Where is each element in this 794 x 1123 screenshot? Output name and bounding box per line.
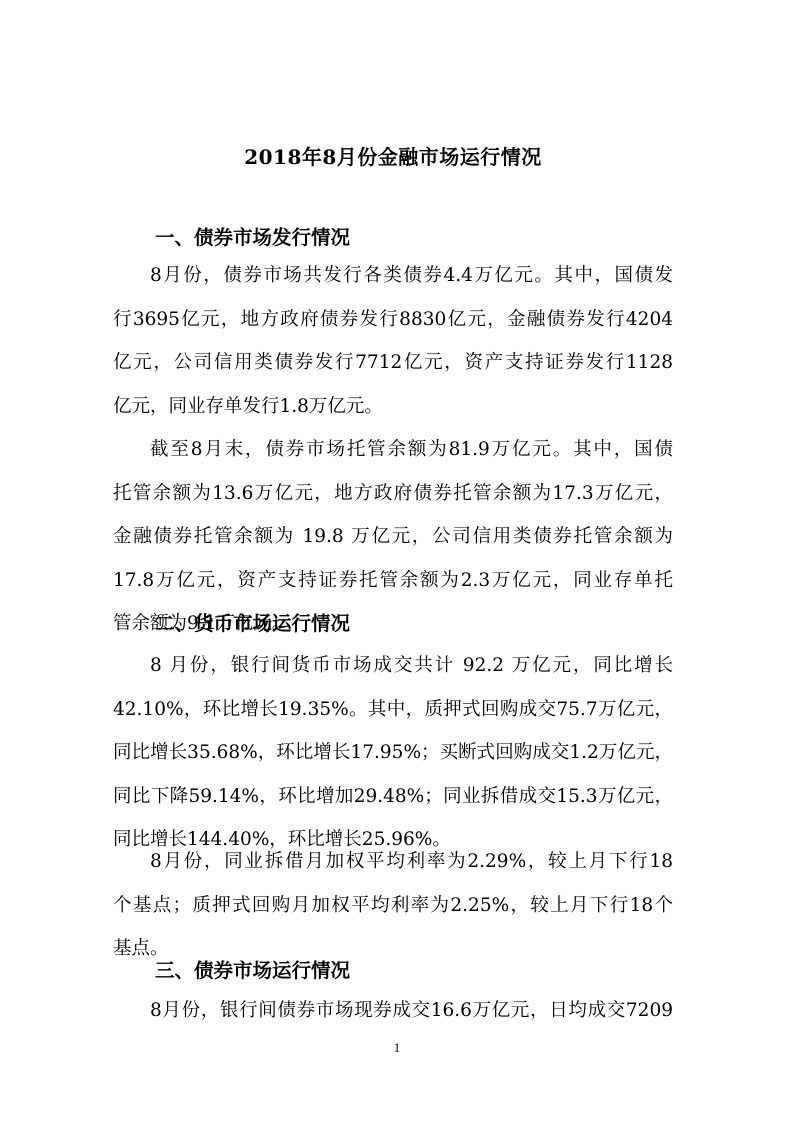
text-line: 亿元，同业存单发行1.8万亿元。 [113,385,673,429]
paragraph-bond-trading: 8月份，银行间债券市场现券成交16.6万亿元，日均成交7209 [113,989,673,1033]
text-line: 金融债券托管余额为 19.8 万亿元，公司信用类债券托管余额为 [113,515,673,559]
section-heading-bond-market-operations: 三、债券市场运行情况 [155,957,350,985]
text-line: 截至8月末，债券市场托管余额为81.9万亿元。其中，国债 [113,428,673,472]
text-line: 8月份，银行间债券市场现券成交16.6万亿元，日均成交7209 [113,989,673,1033]
text-line: 8月份，债券市场共发行各类债券4.4万亿元。其中，国债发 [113,254,673,298]
page-number: 1 [0,1040,794,1056]
document-title: 2018年8月份金融市场运行情况 [113,143,673,171]
text-line: 行3695亿元，地方政府债券发行8830亿元，金融债券发行4204 [113,298,673,342]
paragraph-money-market-rates: 8月份，同业拆借月加权平均利率为2.29%，较上月下行18 个基点；质押式回购月… [113,840,673,971]
paragraph-money-market-volume: 8 月份，银行间货币市场成交共计 92.2 万亿元，同比增长 42.10%，环比… [113,644,673,862]
text-line: 亿元，公司信用类债券发行7712亿元，资产支持证券发行1128 [113,341,673,385]
text-line: 42.10%，环比增长19.35%。其中，质押式回购成交75.7万亿元， [113,688,673,732]
text-line: 同比下降59.14%，环比增加29.48%；同业拆借成交15.3万亿元， [113,775,673,819]
section-heading-bond-issuance: 一、债券市场发行情况 [155,224,350,252]
text-line: 17.8万亿元，资产支持证券托管余额为2.3万亿元，同业存单托 [113,559,673,603]
text-line: 同比增长35.68%，环比增长17.95%；买断式回购成交1.2万亿元， [113,731,673,775]
text-line: 8 月份，银行间货币市场成交共计 92.2 万亿元，同比增长 [113,644,673,688]
text-line: 托管余额为13.6万亿元，地方政府债券托管余额为17.3万亿元， [113,472,673,516]
paragraph-bond-issuance: 8月份，债券市场共发行各类债券4.4万亿元。其中，国债发 行3695亿元，地方政… [113,254,673,428]
section-heading-money-market: 二、货币市场运行情况 [155,610,350,638]
text-line: 8月份，同业拆借月加权平均利率为2.29%，较上月下行18 [113,840,673,884]
text-line: 个基点；质押式回购月加权平均利率为2.25%，较上月下行18个 [113,884,673,928]
